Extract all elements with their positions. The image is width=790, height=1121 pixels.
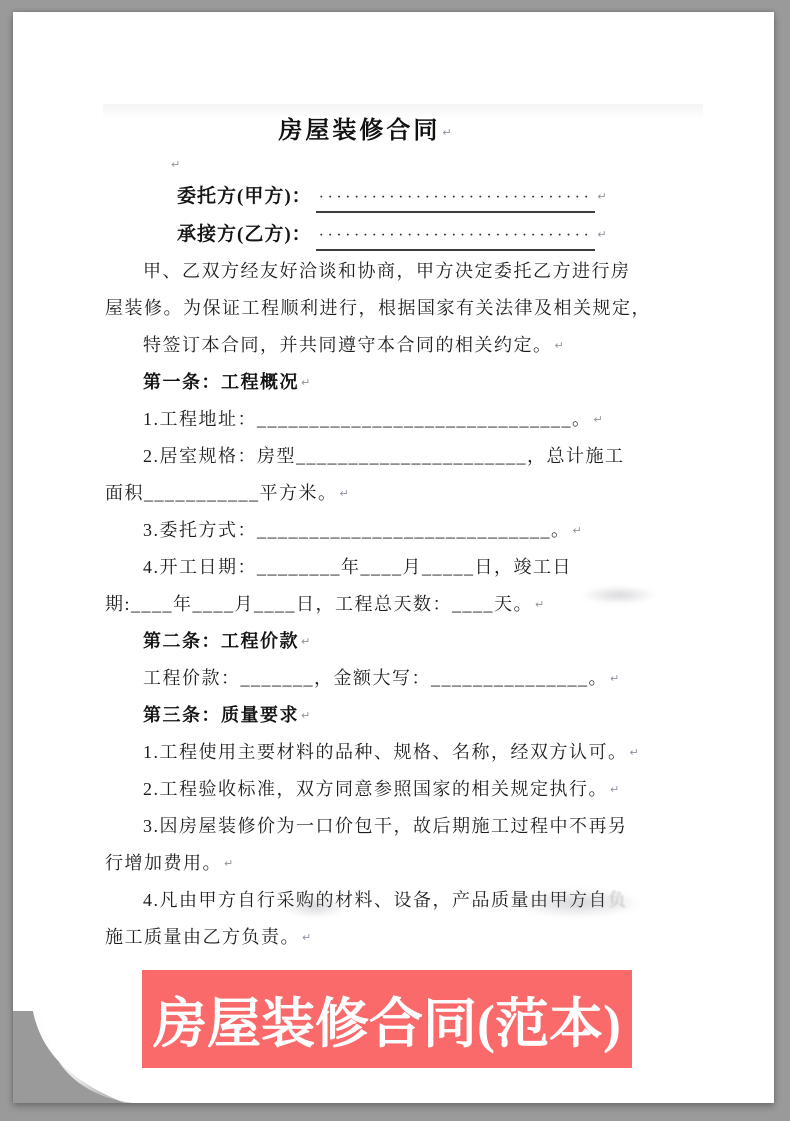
line-text: 3.因房屋装修价为一口价包干，故后期施工过程中不再另 [143, 816, 628, 836]
article-1-heading: 第一条：工程概况↵ [105, 364, 677, 401]
line-text: 面积___________平方米。 [105, 483, 338, 503]
screenshot-root: { "colors": { "background": "#9a9a9a", "… [0, 0, 790, 1121]
line-text: 4.开工日期：________年____月_____日，竣工日 [143, 557, 572, 577]
heading-text: 第三条：质量要求 [143, 705, 299, 725]
paragraph-mark-icon: ↵ [608, 672, 619, 685]
line-text: 期:____年____月____日，工程总天数：____天。 [105, 594, 533, 614]
party-a-blank-line: ······························· [316, 185, 596, 213]
paragraph-mark-icon: ↵ [595, 190, 606, 203]
line-text: 工程价款：_______，金额大写：_______________。 [143, 668, 608, 688]
paragraph-mark-icon: ↵ [628, 746, 639, 759]
article-1-item-2-cont: 面积___________平方米。↵ [105, 475, 677, 512]
line-text: 4.凡由甲方自行采购的材料、设备，产品质量由甲方自 [143, 890, 608, 910]
line-text: 施工质量由乙方负责。 [105, 927, 300, 947]
contract-content: 房屋装修合同↵ ↵ 委托方(甲方)：······················… [105, 112, 677, 956]
line-text: 2.工程验收标准，双方同意参照国家的相关规定执行。 [143, 779, 608, 799]
party-a-dots: ······························· [319, 189, 593, 206]
paragraph-mark-icon: ↵ [553, 339, 564, 352]
article-1-item-2: 2.居室规格：房型______________________，总计施工 [105, 438, 677, 475]
article-3-heading: 第三条：质量要求↵ [105, 697, 677, 734]
line-text: 1.工程使用主要材料的品种、规格、名称，经双方认可。 [143, 742, 628, 762]
document-title-text: 房屋装修合同 [278, 116, 440, 144]
paragraph-mark-icon: ↵ [299, 635, 310, 648]
empty-paragraph: ↵ [105, 151, 677, 177]
paragraph-mark-icon: ↵ [592, 413, 603, 426]
line-text: 屋装修。为保证工程顺利进行，根据国家有关法律及相关规定， [105, 298, 651, 318]
party-a-label: 委托方(甲方)： [177, 186, 312, 207]
intro-line-1: 甲、乙双方经友好洽谈和协商，甲方决定委托乙方进行房 [105, 253, 677, 290]
paragraph-mark-icon: ↵ [169, 158, 180, 171]
article-3-item-4: 4.凡由甲方自行采购的材料、设备，产品质量由甲方自负 [105, 882, 677, 919]
sample-banner: 房屋装修合同(范本) [142, 970, 632, 1068]
paragraph-mark-icon: ↵ [299, 376, 310, 389]
paragraph-mark-icon: ↵ [300, 931, 311, 944]
article-3-item-2: 2.工程验收标准，双方同意参照国家的相关规定执行。↵ [105, 771, 677, 808]
article-2-heading: 第二条：工程价款↵ [105, 623, 677, 660]
paragraph-mark-icon: ↵ [571, 524, 582, 537]
paragraph-mark-icon: ↵ [533, 598, 544, 611]
article-1-item-3: 3.委托方式：____________________________。↵ [105, 512, 677, 549]
line-text: 1.工程地址：______________________________。 [143, 409, 592, 429]
article-3-item-4-cont: 施工质量由乙方负责。↵ [105, 919, 677, 956]
paragraph-mark-icon: ↵ [338, 487, 349, 500]
article-3-item-1: 1.工程使用主要材料的品种、规格、名称，经双方认可。↵ [105, 734, 677, 771]
line-text: 行增加费用。 [105, 853, 222, 873]
article-1-item-4: 4.开工日期：________年____月_____日，竣工日 [105, 549, 677, 586]
line-text: 甲、乙双方经友好洽谈和协商，甲方决定委托乙方进行房 [143, 261, 631, 281]
paragraph-mark-icon: ↵ [608, 783, 619, 796]
party-b-label: 承接方(乙方)： [177, 224, 312, 245]
document-title: 房屋装修合同↵ [79, 112, 651, 151]
article-3-item-3-cont: 行增加费用。↵ [105, 845, 677, 882]
paragraph-mark-icon: ↵ [222, 857, 233, 870]
faded-character: 负 [608, 890, 628, 910]
paragraph-mark-icon: ↵ [440, 126, 451, 139]
heading-text: 第二条：工程价款 [143, 631, 299, 651]
party-a-row: 委托方(甲方)：·······························↵ [177, 177, 677, 215]
line-text: 3.委托方式：____________________________。 [143, 520, 571, 540]
intro-line-3: 特签订本合同，并共同遵守本合同的相关约定。↵ [105, 327, 677, 364]
intro-line-2: 屋装修。为保证工程顺利进行，根据国家有关法律及相关规定， [105, 290, 677, 327]
article-1-item-1: 1.工程地址：______________________________。↵ [105, 401, 677, 438]
article-1-item-4-cont: 期:____年____月____日，工程总天数：____天。↵ [105, 586, 677, 623]
party-b-dots: ······························· [319, 227, 593, 244]
heading-text: 第一条：工程概况 [143, 372, 299, 392]
party-b-blank-line: ······························· [316, 223, 596, 251]
party-b-row: 承接方(乙方)：·······························↵ [177, 215, 677, 253]
line-text: 特签订本合同，并共同遵守本合同的相关约定。 [143, 335, 553, 355]
article-3-item-3: 3.因房屋装修价为一口价包干，故后期施工过程中不再另 [105, 808, 677, 845]
paragraph-mark-icon: ↵ [299, 709, 310, 722]
sample-banner-text: 房屋装修合同(范本) [153, 981, 621, 1058]
paragraph-mark-icon: ↵ [595, 228, 606, 241]
contract-page: 房屋装修合同↵ ↵ 委托方(甲方)：······················… [13, 12, 774, 1103]
line-text: 2.居室规格：房型______________________，总计施工 [143, 446, 625, 466]
page-curl-corner [13, 1011, 133, 1103]
article-2-item-1: 工程价款：_______，金额大写：_______________。↵ [105, 660, 677, 697]
